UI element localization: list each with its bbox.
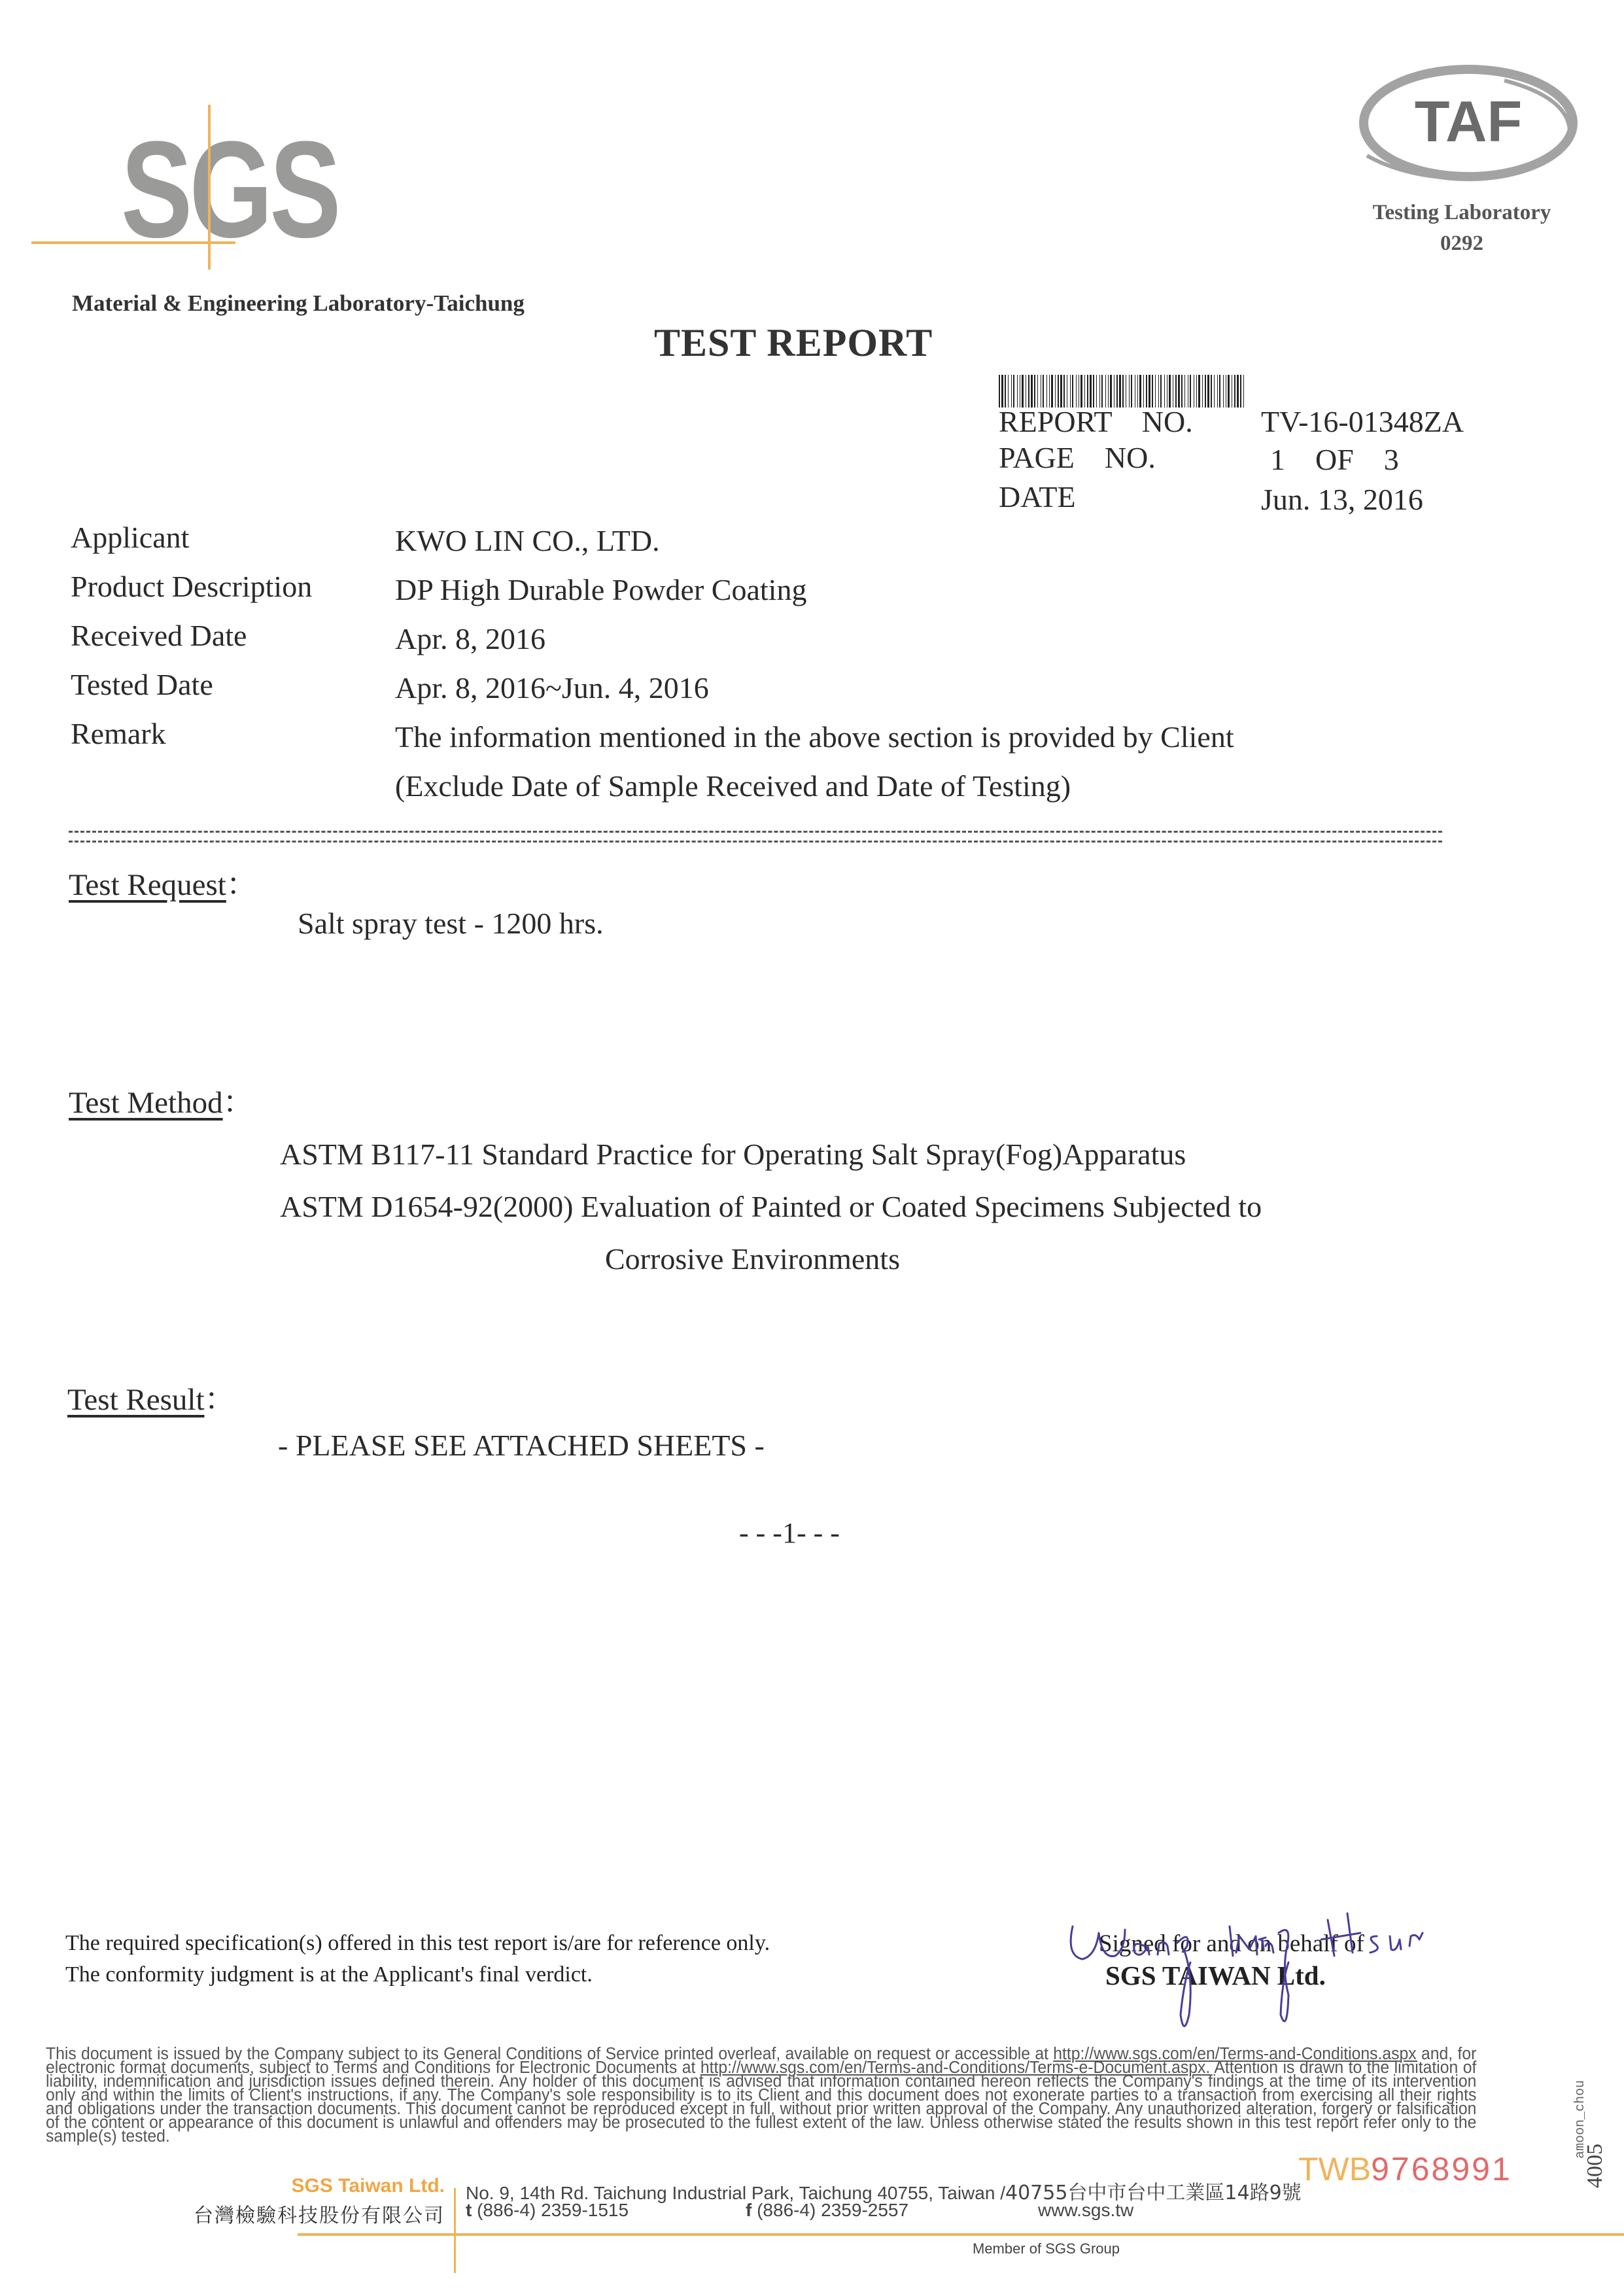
test-request-heading: Test Request： — [69, 860, 257, 904]
taf-caption-line1: Testing Laboratory — [1341, 198, 1583, 228]
date-value: Jun. 13, 2016 — [1261, 482, 1423, 517]
page-marker: - - -1- - - — [739, 1516, 840, 1550]
side-code-number: 4005 — [1583, 2144, 1608, 2188]
barcode — [999, 375, 1246, 408]
taf-accreditation-logo: TAF — [1357, 58, 1580, 182]
page-no-label: PAGE NO. — [999, 440, 1156, 475]
footer-divider-vertical — [454, 2188, 456, 2273]
test-result-heading-text: Test Result — [67, 1383, 205, 1417]
tested-date-value: Apr. 8, 2016~Jun. 4, 2016 — [395, 670, 709, 705]
taf-caption-line2: 0292 — [1341, 228, 1583, 259]
test-request-text: Salt spray test - 1200 hrs. — [298, 906, 604, 941]
test-request-heading-text: Test Request — [69, 868, 226, 902]
logo-rule-horizontal — [31, 241, 235, 244]
colon: ： — [223, 1086, 254, 1120]
remark-label: Remark — [71, 716, 166, 751]
telephone-prefix: t — [466, 2200, 472, 2220]
handwritten-signature: Wang Ming Hsun — [1040, 1884, 1485, 2034]
footer-divider-horizontal — [298, 2233, 1624, 2236]
product-description-value: DP High Durable Powder Coating — [395, 572, 806, 607]
footer-company-cn: 台灣檢驗科技股份有限公司 — [157, 2199, 445, 2228]
signature-name: Wang Ming Hsun — [1040, 1884, 1045, 1885]
remark-value-line2: (Exclude Date of Sample Received and Dat… — [395, 769, 1071, 803]
footer-fax: f (886-4) 2359-2557 — [746, 2200, 908, 2221]
report-title: TEST REPORT — [654, 321, 933, 366]
reference-note: The required specification(s) offered in… — [65, 1931, 770, 1956]
serial-number: TWB9768991 — [1298, 2150, 1512, 2188]
fax-prefix: f — [746, 2200, 752, 2220]
test-result-text: - PLEASE SEE ATTACHED SHEETS - — [278, 1428, 765, 1463]
serial-prefix: TWB — [1298, 2151, 1371, 2187]
applicant-value: KWO LIN CO., LTD. — [395, 523, 660, 558]
report-no-label: REPORT NO. — [999, 404, 1193, 439]
test-method-heading: Test Method： — [69, 1078, 254, 1122]
test-result-heading: Test Result： — [67, 1375, 235, 1419]
test-method-line2: ASTM D1654-92(2000) Evaluation of Painte… — [280, 1189, 1262, 1224]
legal-disclaimer: This document is issued by the Company s… — [46, 2047, 1476, 2144]
footer-company-en: SGS Taiwan Ltd. — [157, 2175, 445, 2197]
applicant-label: Applicant — [71, 520, 189, 555]
telephone-number: (886-4) 2359-1515 — [477, 2200, 629, 2220]
fax-number: (886-4) 2359-2557 — [757, 2200, 908, 2220]
test-method-heading-text: Test Method — [69, 1086, 223, 1120]
sgs-logo: SGS — [121, 121, 338, 258]
colon: ： — [226, 868, 257, 902]
serial-digits: 9768991 — [1371, 2151, 1512, 2187]
product-description-label: Product Description — [71, 569, 312, 604]
taf-caption: Testing Laboratory 0292 — [1341, 198, 1583, 259]
section-divider — [69, 831, 1442, 843]
colon: ： — [205, 1383, 235, 1417]
lab-name: Material & Engineering Laboratory-Taichu… — [72, 290, 525, 317]
conformity-note: The conformity judgment is at the Applic… — [65, 1962, 593, 1987]
footer-member: Member of SGS Group — [973, 2240, 1120, 2257]
date-label: DATE — [999, 479, 1076, 514]
footer-website[interactable]: www.sgs.tw — [1038, 2200, 1133, 2221]
remark-value: The information mentioned in the above s… — [395, 720, 1234, 754]
test-method-line3: Corrosive Environments — [605, 1242, 900, 1276]
received-date-label: Received Date — [71, 618, 247, 653]
tested-date-label: Tested Date — [71, 667, 213, 702]
page-no-value: 1 OF 3 — [1270, 442, 1399, 477]
logo-rule-vertical — [208, 105, 211, 270]
test-method-line1: ASTM B117-11 Standard Practice for Opera… — [280, 1137, 1186, 1172]
received-date-value: Apr. 8, 2016 — [395, 621, 545, 656]
footer-telephone: t (886-4) 2359-1515 — [466, 2200, 629, 2221]
report-no-value: TV-16-01348ZA — [1261, 404, 1464, 439]
taf-logo-text: TAF — [1415, 89, 1523, 154]
